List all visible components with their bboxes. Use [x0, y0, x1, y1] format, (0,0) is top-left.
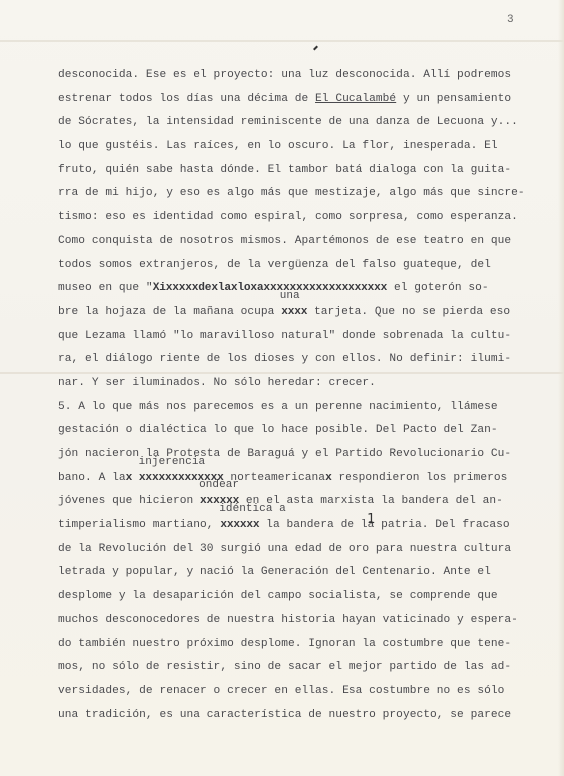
text-line: desconocida. Ese es el proyecto: una luz…: [58, 64, 558, 88]
line-text: una tradición, es una característica de …: [58, 709, 511, 721]
typed-insertion: injerencia: [139, 456, 206, 468]
text-line: timperialismo martiano, xxxxxx la bander…: [58, 514, 558, 538]
text-line: versidades, de renacer o crecer en ellas…: [58, 680, 558, 704]
text-line: de la Revolución del 30 surgió una edad …: [58, 538, 558, 562]
line-text: rra de mi hijo, y eso es algo más que me…: [58, 187, 525, 199]
text-line: museo en que "Xixxxxxdexlaxloxaxxxxxxxxx…: [58, 277, 558, 301]
typewritten-page: 3 desconocida. Ese es el proyecto: una l…: [0, 0, 564, 776]
text-line: bre la hojaza de la mañana ocupa xxxx ta…: [58, 301, 558, 325]
line-text: gestación o dialéctica lo que lo hace po…: [58, 424, 498, 436]
line-text: el goterón so-: [387, 282, 488, 294]
line-text: desconocida. Ese es el proyecto: una luz…: [58, 69, 511, 81]
text-line: lo que gustéis. Las raíces, en lo oscuro…: [58, 135, 558, 159]
line-text: todos somos extranjeros, de la vergüenza…: [58, 259, 491, 271]
line-text: versidades, de renacer o crecer en ellas…: [58, 685, 504, 697]
struck-out-text: Xixxxxxdexlaxloxaxxxxxxxxxxxxxxxxxxx: [153, 282, 388, 294]
line-text: 5. A lo que más nos parecemos es a un pe…: [58, 401, 498, 413]
line-text: estrenar todos los días una décima de: [58, 93, 315, 105]
line-text: de Sócrates, la intensidad reminiscente …: [58, 116, 518, 128]
line-text: do también nuestro próximo desplome. Ign…: [58, 638, 511, 650]
line-text: tismo: eso es identidad como espiral, co…: [58, 211, 518, 223]
line-text: Como conquista de nosotros mismos. Apart…: [58, 235, 511, 247]
line-text: tarjeta. Que no se pierda eso: [307, 306, 510, 318]
text-line: de Sócrates, la intensidad reminiscente …: [58, 111, 558, 135]
page-edge-shadow: [558, 0, 564, 776]
line-text: jón nacieron la Protesta de Baraguá y el…: [58, 448, 511, 460]
struck-out-text: xxxx: [281, 306, 307, 318]
text-line: desplome y la desaparición del campo soc…: [58, 585, 558, 609]
text-line: una tradición, es una característica de …: [58, 704, 558, 728]
text-line: jóvenes que hicieron xxxxxx en el asta m…: [58, 490, 558, 514]
typed-insertion: idéntica a: [219, 503, 286, 515]
line-text: letrada y popular, y nació la Generación…: [58, 566, 491, 578]
line-text: y un pensamiento: [396, 93, 511, 105]
page-number: 3: [507, 14, 514, 26]
text-line: mos, no sólo de resistir, sino de sacar …: [58, 656, 558, 680]
text-line: ra, el diálogo riente de los dioses y co…: [58, 348, 558, 372]
text-line: todos somos extranjeros, de la vergüenza…: [58, 254, 558, 278]
text-line: que Lezama llamó "lo maravilloso natural…: [58, 325, 558, 349]
underlined-title: El Cucalambé: [315, 93, 396, 105]
struck-out-text: xxxxxx: [220, 519, 259, 531]
line-text: respondieron los primeros: [332, 472, 508, 484]
text-line: Como conquista de nosotros mismos. Apart…: [58, 230, 558, 254]
text-line: letrada y popular, y nació la Generación…: [58, 561, 558, 585]
handwritten-mark: 1: [367, 508, 375, 532]
text-line: estrenar todos los días una décima de El…: [58, 88, 558, 112]
paper-fold-line: [0, 40, 564, 42]
text-line: muchos desconocedores de nuestra histori…: [58, 609, 558, 633]
text-line: gestación o dialéctica lo que lo hace po…: [58, 419, 558, 443]
typed-insertion: ondear: [199, 479, 239, 491]
line-text: la bandera de la patria. Del fracaso: [259, 519, 509, 531]
document-body: desconocida. Ese es el proyecto: una luz…: [58, 64, 558, 727]
text-line: fruto, quién sabe hasta dónde. El tambor…: [58, 159, 558, 183]
line-text: jóvenes que hicieron: [58, 495, 200, 507]
line-text: desplome y la desaparición del campo soc…: [58, 590, 498, 602]
line-text: ra, el diálogo riente de los dioses y co…: [58, 353, 511, 365]
line-text: mos, no sólo de resistir, sino de sacar …: [58, 661, 511, 673]
line-text: nar. Y ser iluminados. No sólo heredar: …: [58, 377, 376, 389]
text-line: tismo: eso es identidad como espiral, co…: [58, 206, 558, 230]
line-text: [132, 472, 139, 484]
text-line: rra de mi hijo, y eso es algo más que me…: [58, 182, 558, 206]
line-text: timperialismo martiano,: [58, 519, 220, 531]
line-text: fruto, quién sabe hasta dónde. El tambor…: [58, 164, 511, 176]
line-text: bre la hojaza de la mañana ocupa: [58, 306, 281, 318]
line-text: museo en que ": [58, 282, 153, 294]
text-line: bano. A lax xxxxxxxxxxxxx norteamericana…: [58, 467, 558, 491]
text-line: nar. Y ser iluminados. No sólo heredar: …: [58, 372, 558, 396]
pen-mark-icon: [313, 46, 318, 51]
text-line: jón nacieron la Protesta de Baraguá y el…: [58, 443, 558, 467]
text-line: 5. A lo que más nos parecemos es a un pe…: [58, 396, 558, 420]
typed-insertion: una: [280, 290, 300, 302]
line-text: muchos desconocedores de nuestra histori…: [58, 614, 518, 626]
line-text: que Lezama llamó "lo maravilloso natural…: [58, 330, 511, 342]
line-text: bano. A la: [58, 472, 126, 484]
text-line: do también nuestro próximo desplome. Ign…: [58, 633, 558, 657]
line-text: lo que gustéis. Las raíces, en lo oscuro…: [58, 140, 498, 152]
line-text: de la Revolución del 30 surgió una edad …: [58, 543, 511, 555]
